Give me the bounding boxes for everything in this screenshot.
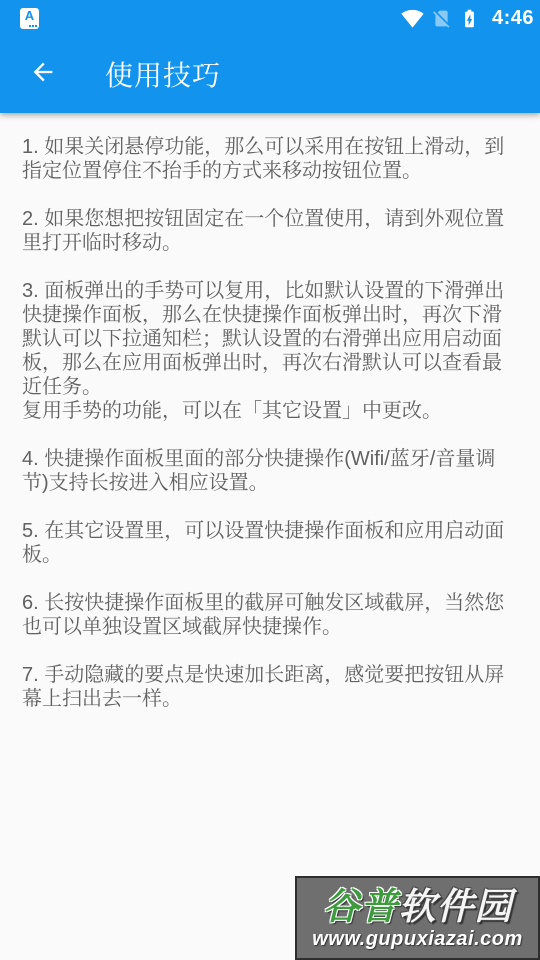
header: A 4 <box>0 0 540 113</box>
tips-scroll-area[interactable]: 1. 如果关闭悬停功能，那么可以采用在按钮上滑动，到指定位置停住不抬手的方式来移… <box>0 113 540 960</box>
watermark-brand: 谷普软件园 <box>323 886 513 928</box>
tip-paragraph-6: 6. 长按快捷操作面板里的截屏可触发区域截屏，当然您也可以单独设置区域截屏快捷操… <box>22 591 518 639</box>
tip-paragraph-3: 3. 面板弹出的手势可以复用，比如默认设置的下滑弹出快捷操作面板，那么在快捷操作… <box>22 279 518 423</box>
watermark-brand-rest: 软件园 <box>399 886 513 927</box>
arrow-back-icon <box>29 58 57 89</box>
app-notification-letter: A <box>25 8 34 23</box>
battery-charging-icon <box>459 8 480 29</box>
phone-screen: A 4 <box>0 0 540 960</box>
tip-paragraph-4: 4. 快捷操作面板里面的部分快捷操作(Wifi/蓝牙/音量调节)支持长按进入相应… <box>22 447 518 495</box>
status-bar: A 4 <box>0 0 540 34</box>
status-time: 4:46 <box>492 7 534 30</box>
app-bar: 使用技巧 <box>0 34 540 113</box>
watermark-badge: 谷普软件园 www.gupuxiazai.com <box>295 876 540 960</box>
app-notification-icon: A <box>20 8 39 29</box>
wifi-icon <box>401 7 424 30</box>
status-bar-icons: 4:46 <box>401 7 534 30</box>
watermark-brand-green: 谷普 <box>323 886 399 927</box>
watermark-url: www.gupuxiazai.com <box>312 928 523 951</box>
back-button[interactable] <box>28 59 58 89</box>
page-title: 使用技巧 <box>105 54 221 94</box>
no-sim-icon <box>431 8 452 29</box>
tip-paragraph-2: 2. 如果您想把按钮固定在一个位置使用，请到外观位置里打开临时移动。 <box>22 207 518 255</box>
tip-paragraph-5: 5. 在其它设置里，可以设置快捷操作面板和应用启动面板。 <box>22 519 518 567</box>
app-notification-dots <box>29 25 37 27</box>
tip-paragraph-7: 7. 手动隐藏的要点是快速加长距离，感觉要把按钮从屏幕上扫出去一样。 <box>22 663 518 711</box>
tip-paragraph-1: 1. 如果关闭悬停功能，那么可以采用在按钮上滑动，到指定位置停住不抬手的方式来移… <box>22 135 518 183</box>
